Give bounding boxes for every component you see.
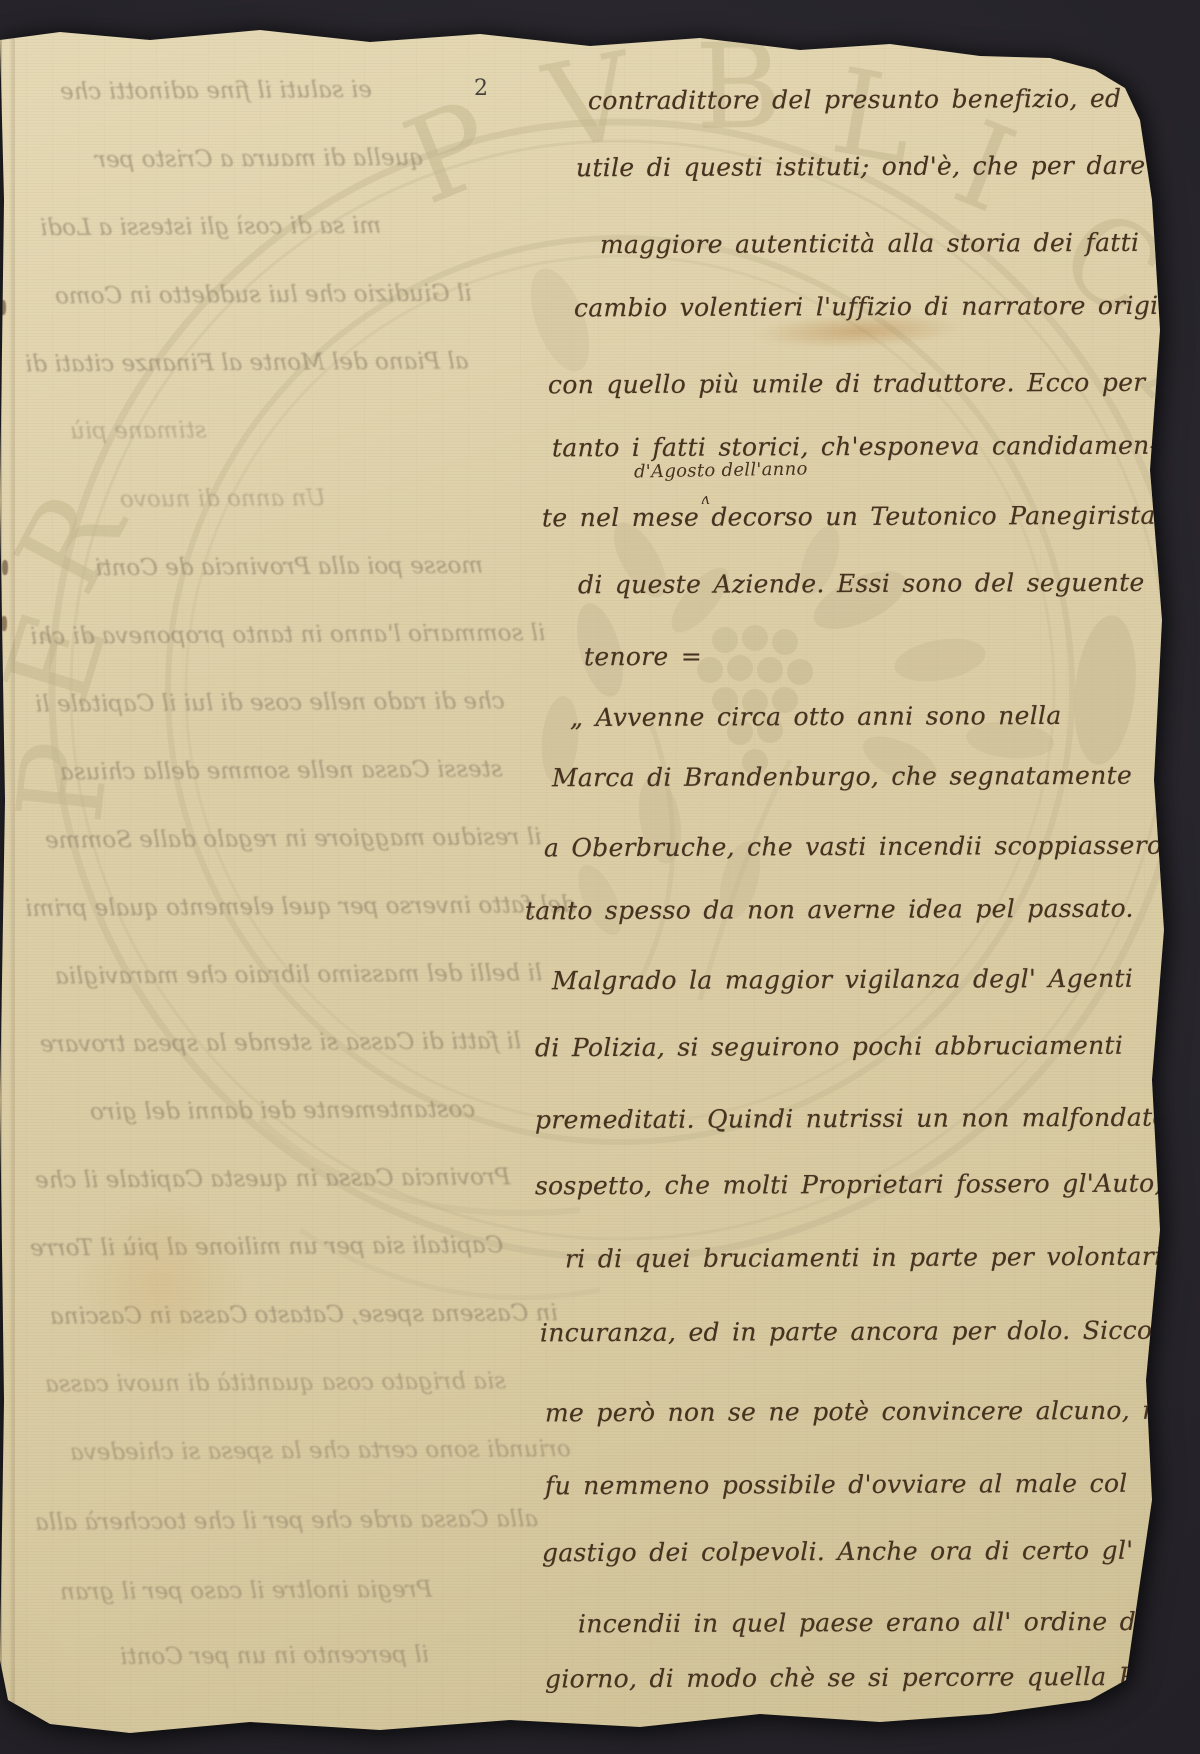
manuscript-line: cambio volentieri l'uffizio di narratore… xyxy=(574,291,1200,324)
manuscript-line: „ Avvenne circa otto anni sono nella xyxy=(570,701,1062,733)
page-number: 2 xyxy=(474,76,489,101)
manuscript-line: incuranza, ed in parte ancora per dolo. … xyxy=(540,1316,1152,1349)
manuscript-line: me però non se ne potè convincere alcuno… xyxy=(545,1396,1190,1429)
manuscript-line: a Oberbruche, che vasti incendii scoppia… xyxy=(544,831,1162,864)
manuscript-page: P V B L I C A R E P xyxy=(0,0,1200,1754)
manuscript-text: contradittore del presunto benefizio, ed… xyxy=(0,0,1200,1754)
manuscript-line: tenore = xyxy=(584,642,702,673)
manuscript-line: contradittore del presunto benefizio, ed xyxy=(588,84,1121,116)
manuscript-line: premeditati. Quindi nutrissi un non malf… xyxy=(535,1103,1168,1136)
manuscript-line: di Polizia, si seguirono pochi abbruciam… xyxy=(535,1031,1123,1064)
manuscript-line: tanto i fatti storici, ch'esponeva candi… xyxy=(552,431,1158,464)
manuscript-line: giorno, di modo chè se si percorre quell… xyxy=(545,1662,1200,1695)
manuscript-line: ri di quei bruciamenti in parte per volo… xyxy=(565,1242,1178,1275)
manuscript-line: Marca di Brandenburgo, che segnatamente xyxy=(552,761,1132,794)
manuscript-line: utile di questi istituti; ond'è, che per… xyxy=(576,151,1146,183)
manuscript-line: di queste Aziende. Essi sono del seguent… xyxy=(578,568,1145,600)
manuscript-line: con quello più umile di traduttore. Ecco… xyxy=(548,368,1146,401)
manuscript-line: sospetto, che molti Proprietari fossero … xyxy=(535,1169,1163,1202)
manuscript-line: tanto spesso da non averne idea pel pass… xyxy=(525,894,1134,927)
insertion-caret: ʌ xyxy=(701,492,709,507)
manuscript-line: Malgrado la maggior vigilanza degl' Agen… xyxy=(552,964,1133,997)
manuscript-line: maggiore autenticità alla storia dei fat… xyxy=(600,228,1139,260)
manuscript-line: fu nemmeno possibile d'ovviare al male c… xyxy=(545,1469,1128,1502)
photograph-backdrop: P V B L I C A R E P xyxy=(0,0,1200,1754)
manuscript-line: te nel mese decorso un Teutonico Panegir… xyxy=(542,501,1156,534)
interlinear-insertion: d'Agosto dell'anno xyxy=(634,460,808,481)
manuscript-line: incendii in quel paese erano all' ordine… xyxy=(578,1607,1185,1640)
manuscript-line: gastigo dei colpevoli. Anche ora di cert… xyxy=(542,1536,1134,1569)
